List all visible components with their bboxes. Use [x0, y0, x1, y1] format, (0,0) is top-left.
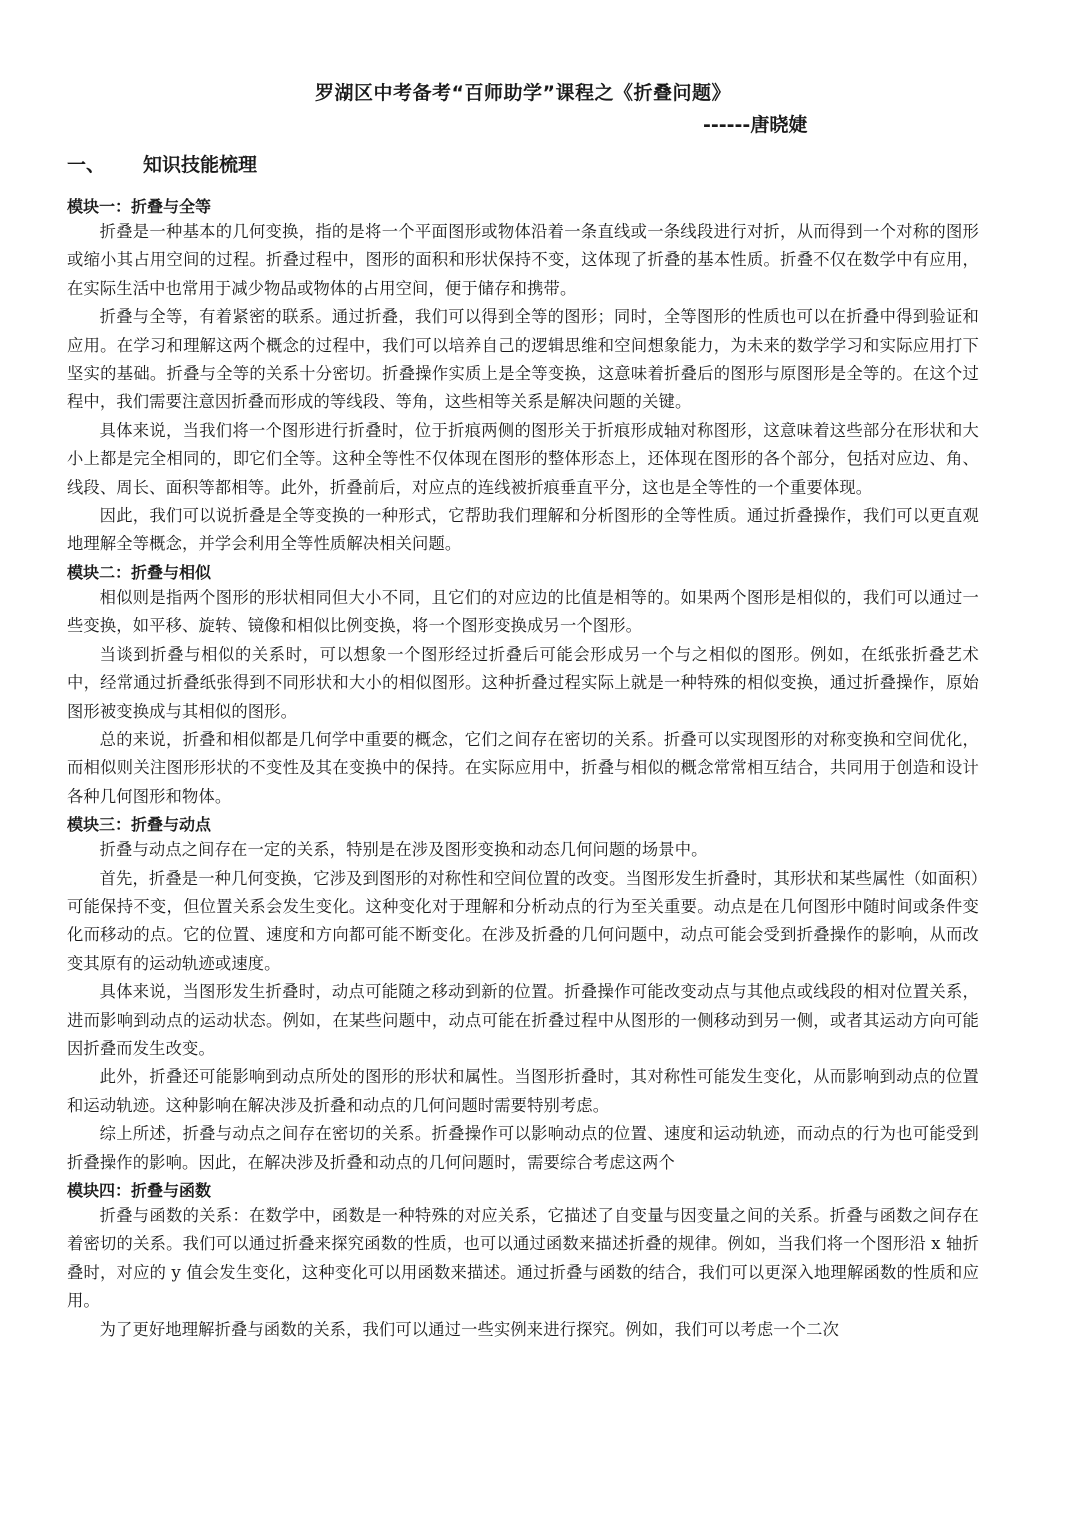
document-author: ------唐晓婕	[703, 110, 807, 137]
paragraph: 折叠与函数的关系：在数学中，函数是一种特殊的对应关系，它描述了自变量与因变量之间…	[67, 1202, 979, 1316]
section-heading: 一、知识技能梳理	[67, 150, 257, 177]
document-title: 罗湖区中考备考“百师助学”课程之《折叠问题》	[67, 78, 979, 105]
paragraph: 具体来说，当我们将一个图形进行折叠时，位于折痕两侧的图形关于折痕形成轴对称图形，…	[67, 417, 979, 502]
paragraph: 总的来说，折叠和相似都是几何学中重要的概念，它们之间存在密切的关系。折叠可以实现…	[67, 726, 979, 811]
paragraph: 具体来说，当图形发生折叠时，动点可能随之移动到新的位置。折叠操作可能改变动点与其…	[67, 978, 979, 1063]
paragraph: 因此，我们可以说折叠是全等变换的一种形式，它帮助我们理解和分析图形的全等性质。通…	[67, 502, 979, 559]
module-heading: 模块三：折叠与动点	[67, 813, 979, 836]
paragraph: 折叠与全等，有着紧密的联系。通过折叠，我们可以得到全等的图形；同时，全等图形的性…	[67, 303, 979, 417]
document-body: 模块一：折叠与全等 折叠是一种基本的几何变换，指的是将一个平面图形或物体沿着一条…	[67, 193, 979, 1344]
paragraph: 为了更好地理解折叠与函数的关系，我们可以通过一些实例来进行探究。例如，我们可以考…	[67, 1316, 979, 1344]
section-number: 一、	[67, 150, 143, 177]
module-4: 模块四：折叠与函数 折叠与函数的关系：在数学中，函数是一种特殊的对应关系，它描述…	[67, 1179, 979, 1344]
module-heading: 模块二：折叠与相似	[67, 561, 979, 584]
paragraph: 相似则是指两个图形的形状相同但大小不同，且它们的对应边的比值是相等的。如果两个图…	[67, 584, 979, 641]
module-3: 模块三：折叠与动点 折叠与动点之间存在一定的关系，特别是在涉及图形变换和动态几何…	[67, 813, 979, 1177]
module-1: 模块一：折叠与全等 折叠是一种基本的几何变换，指的是将一个平面图形或物体沿着一条…	[67, 195, 979, 559]
paragraph: 首先，折叠是一种几何变换，它涉及到图形的对称性和空间位置的改变。当图形发生折叠时…	[67, 865, 979, 979]
paragraph: 折叠是一种基本的几何变换，指的是将一个平面图形或物体沿着一条直线或一条线段进行对…	[67, 218, 979, 303]
module-heading: 模块一：折叠与全等	[67, 195, 979, 218]
module-2: 模块二：折叠与相似 相似则是指两个图形的形状相同但大小不同，且它们的对应边的比值…	[67, 561, 979, 811]
module-heading: 模块四：折叠与函数	[67, 1179, 979, 1202]
paragraph: 当谈到折叠与相似的关系时，可以想象一个图形经过折叠后可能会形成另一个与之相似的图…	[67, 641, 979, 726]
paragraph: 折叠与动点之间存在一定的关系，特别是在涉及图形变换和动态几何问题的场景中。	[67, 836, 979, 864]
section-title: 知识技能梳理	[143, 154, 257, 176]
paragraph: 此外，折叠还可能影响到动点所处的图形的形状和属性。当图形折叠时，其对称性可能发生…	[67, 1063, 979, 1120]
paragraph: 综上所述，折叠与动点之间存在密切的关系。折叠操作可以影响动点的位置、速度和运动轨…	[67, 1120, 979, 1177]
